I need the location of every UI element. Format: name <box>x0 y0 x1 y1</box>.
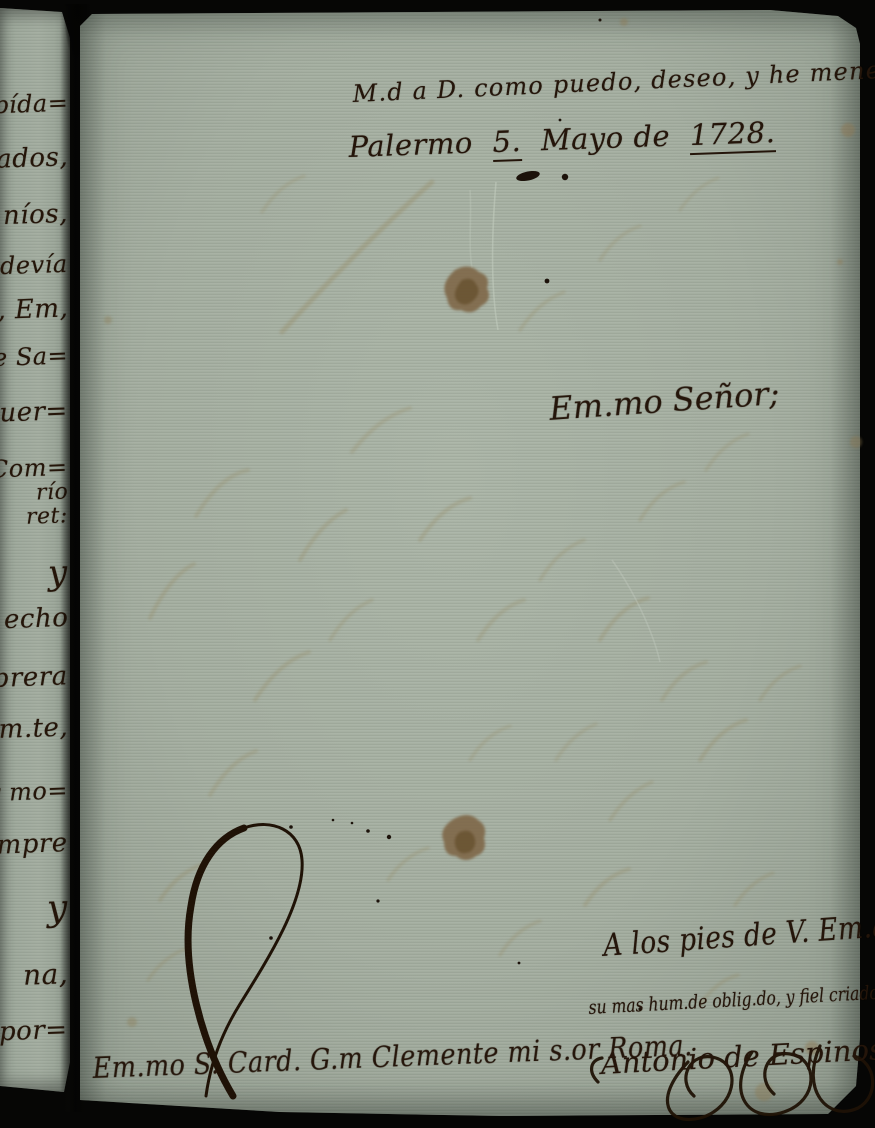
facing-page-text-fragment: urados, <box>0 142 68 176</box>
facing-page-text-fragment: echo <box>3 603 68 635</box>
dateline-month: Mayo de <box>540 119 670 157</box>
facing-page-text-fragment: O, Em, <box>0 293 68 326</box>
dateline-day: 5. <box>492 124 522 162</box>
dateline-place: Palermo <box>348 126 473 164</box>
facing-page-text-fragment: ue Sa= <box>0 341 68 372</box>
facing-page-text-fragment: ilm.te, <box>0 712 68 745</box>
facing-page-text-fragment: siempre <box>0 828 68 862</box>
facing-page-text-fragment: por= <box>0 1015 69 1047</box>
facing-page-text-fragment: pída= <box>0 89 68 120</box>
facing-page-text-fragment: Obrera <box>0 661 68 694</box>
facing-page-text-fragment: níos, <box>3 199 69 231</box>
facing-page-text-fragment: oy mo= <box>0 776 68 807</box>
manuscript-scan: pída= urados, níos, devía O, Em, ue Sa= … <box>0 0 875 1128</box>
facing-page-text-fragment: Gouer= <box>0 396 68 430</box>
facing-page-text-fragment: devía <box>0 250 68 280</box>
dateline-year: 1728. <box>689 115 776 155</box>
